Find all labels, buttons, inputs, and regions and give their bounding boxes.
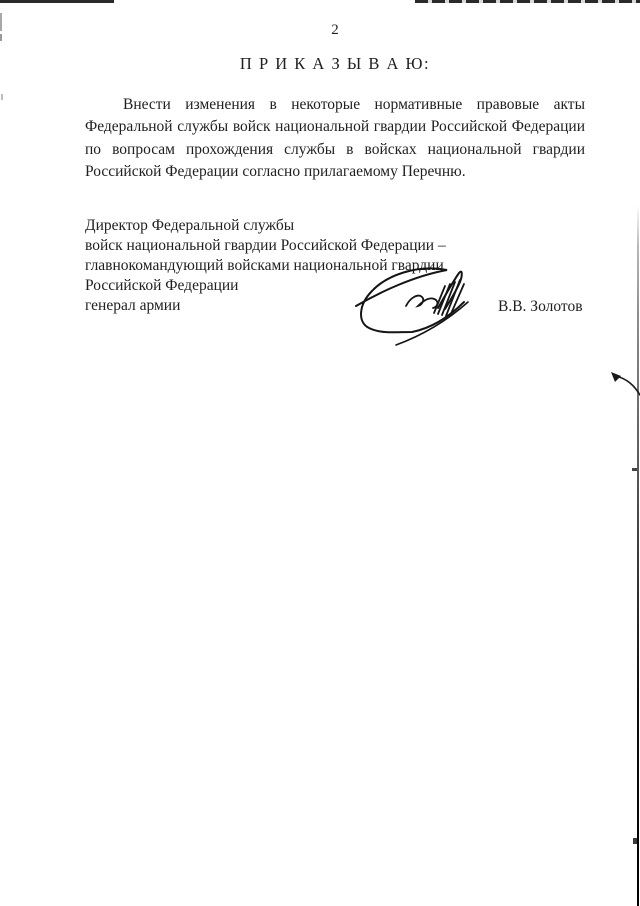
scan-mark-left <box>0 34 2 41</box>
page-number: 2 <box>85 22 585 39</box>
signer-name: В.В. Золотов <box>498 298 583 316</box>
handwritten-signature-icon <box>350 258 490 353</box>
scanned-order-page: 2 П Р И К А З Ы В А Ю: Внести изменения … <box>0 0 640 906</box>
paragraph-line: по вопросам прохождения службы в войсках… <box>85 139 585 161</box>
scan-mark-right <box>632 468 637 471</box>
paragraph-line: Внести изменения в некоторые нормативные… <box>85 94 585 116</box>
scan-edge-strip-top-left <box>0 0 114 3</box>
scan-edge-strip-top-right <box>415 0 640 3</box>
order-heading: П Р И К А З Ы В А Ю: <box>85 54 585 74</box>
signer-title-line: Директор Федеральной службы <box>85 216 505 236</box>
scan-mark-right <box>633 838 637 844</box>
signer-title-line: войск национальной гвардии Российской Фе… <box>85 236 505 256</box>
scan-edge-line-right <box>637 205 639 906</box>
curved-arrow-icon <box>608 370 640 400</box>
scan-mark-left <box>0 13 2 31</box>
paragraph-line: Российской Федерации согласно прилагаемо… <box>85 161 585 183</box>
paragraph-line: Федеральной службы войск национальной гв… <box>85 116 585 138</box>
order-body-paragraph: Внести изменения в некоторые нормативные… <box>85 94 585 184</box>
scan-mark-left <box>1 94 3 100</box>
